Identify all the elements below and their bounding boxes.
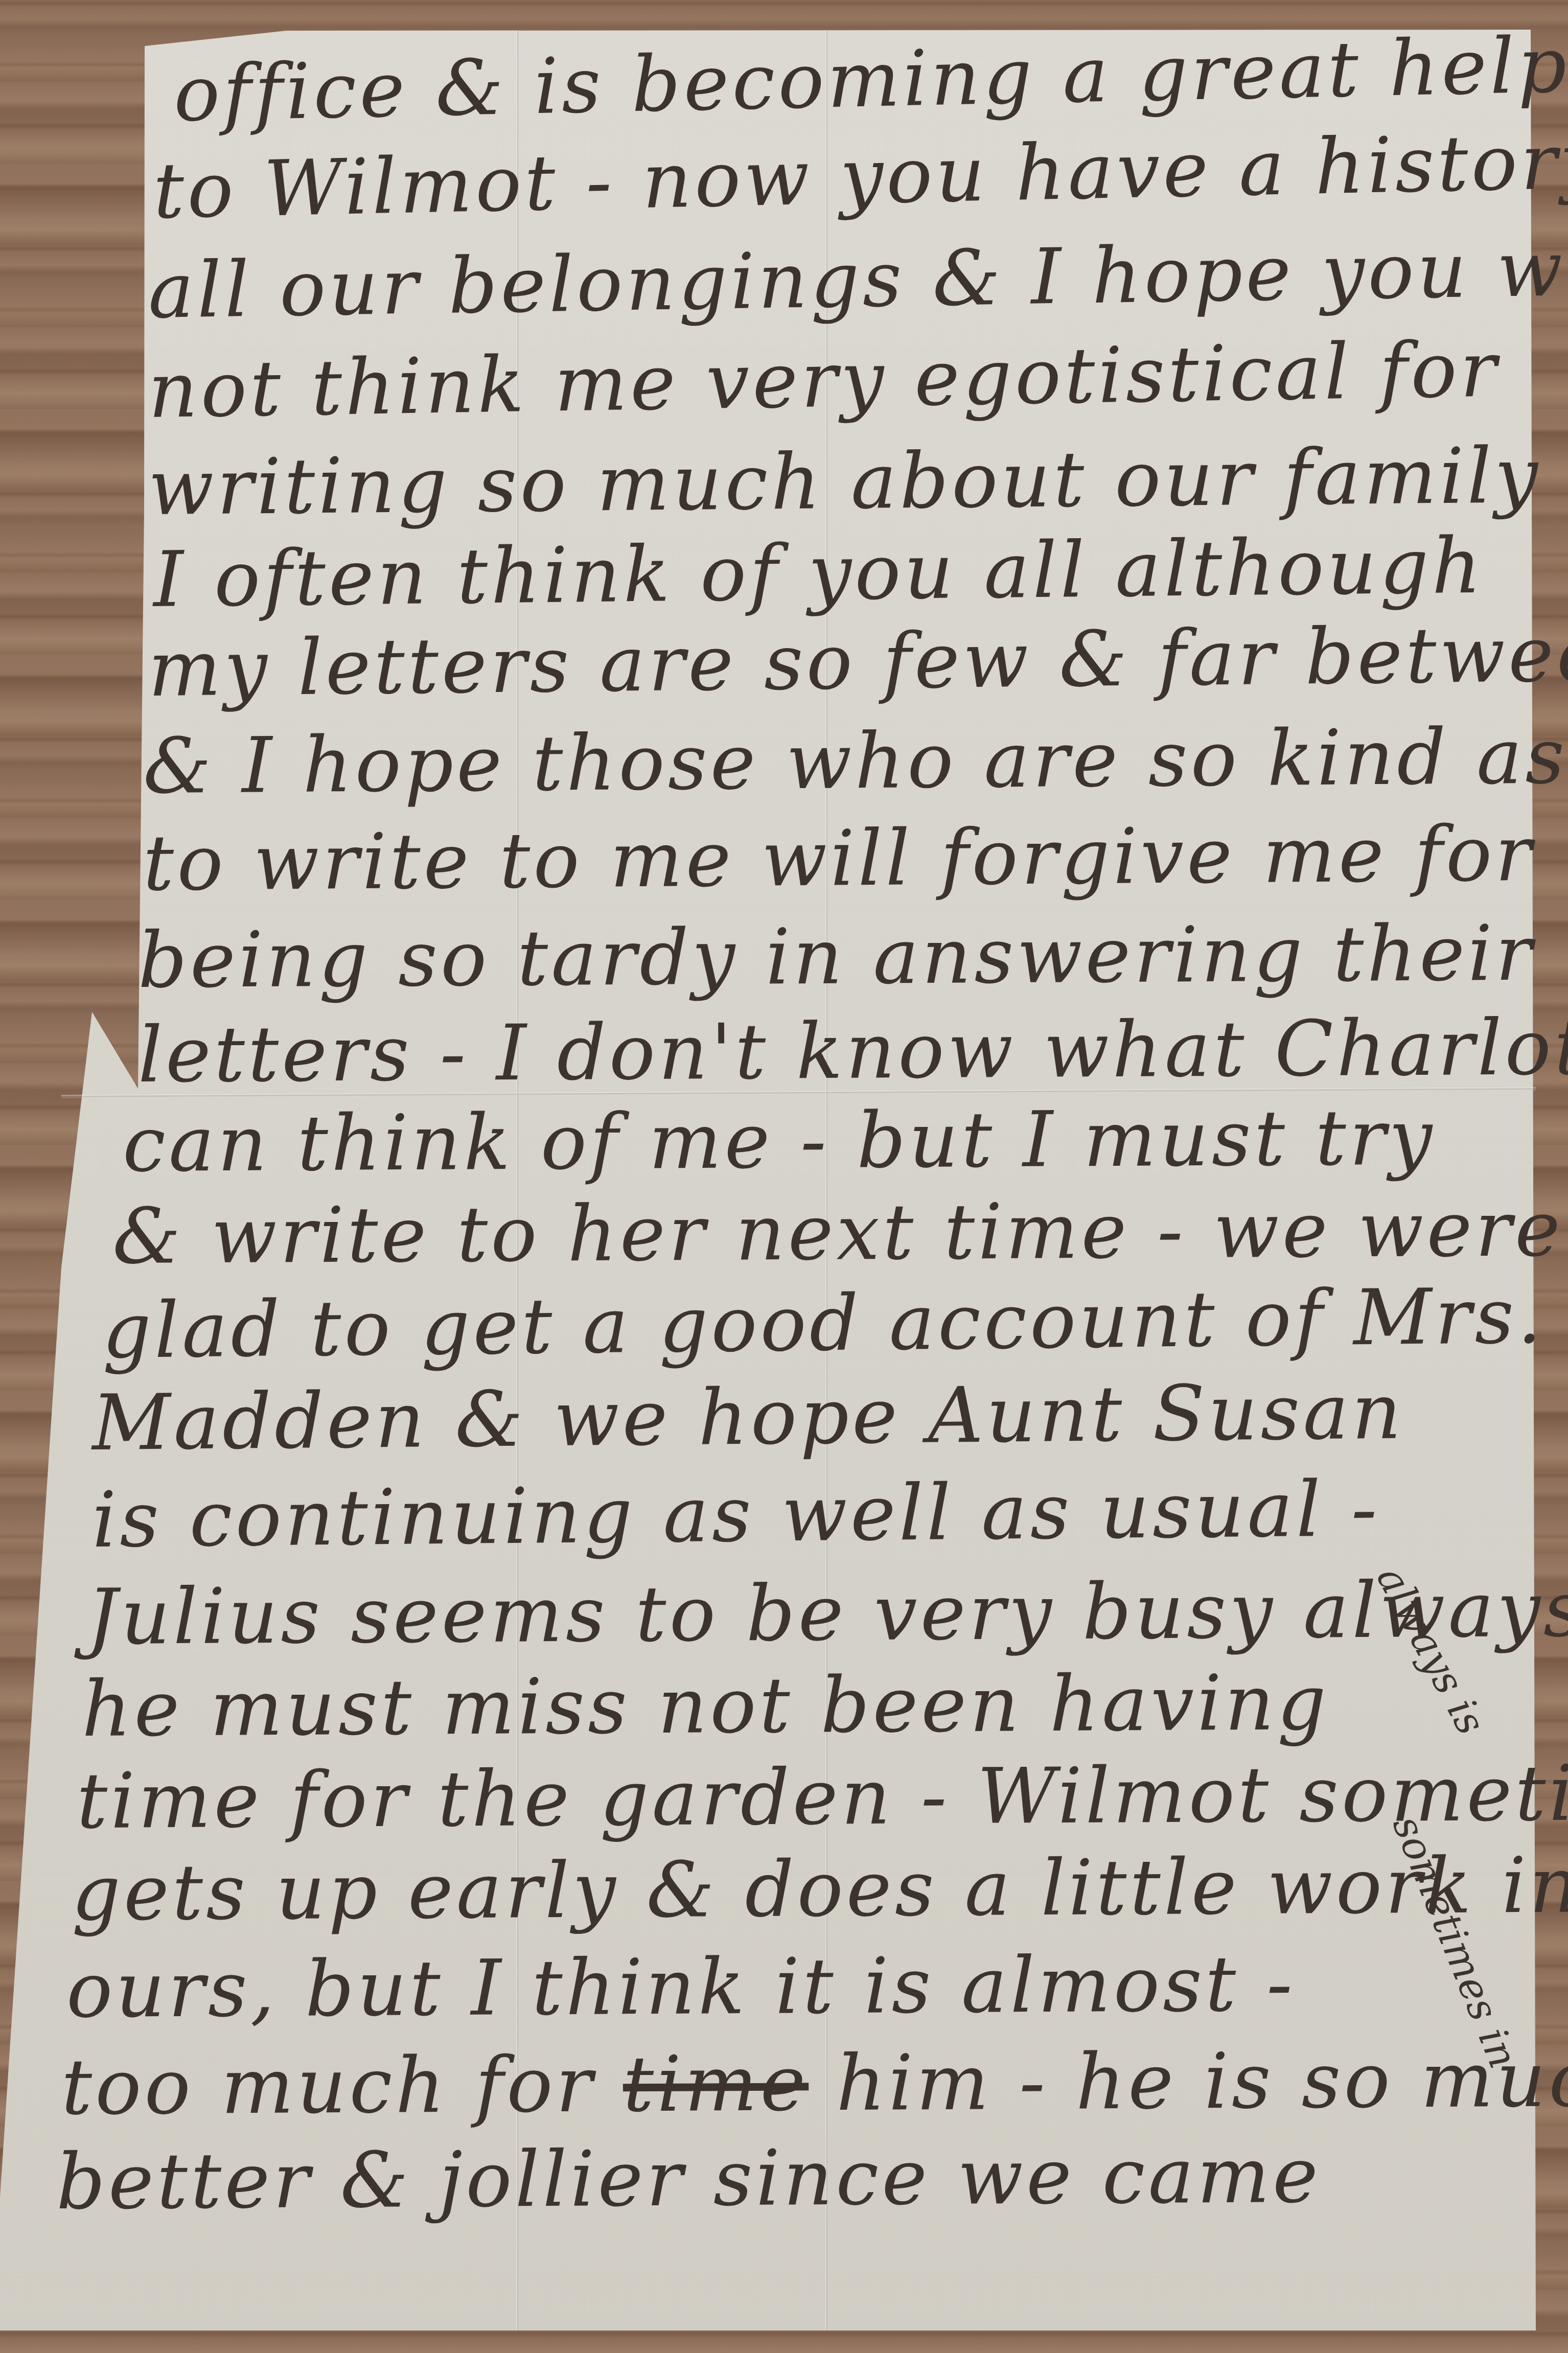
line-22-text-before: too much for (61, 2040, 624, 2132)
line-22-text-after: him - he is so much (809, 2035, 1568, 2129)
letter-line-16: is continuing as well as usual - (91, 1471, 1380, 1559)
letter-line-7: my letters are so few & far between - (148, 615, 1568, 708)
letter-line-2: to Wilmot - now you have a history of (152, 121, 1568, 230)
letter-line-6: I often think of you all although (153, 528, 1484, 618)
letter-line-17: Julius seems to be very busy always (87, 1572, 1568, 1656)
letter-line-9: to write to me will forgive me for (143, 816, 1535, 902)
letter-line-22: too much for time him - he is so much (61, 2041, 1568, 2126)
handwritten-letter-body: office & is becoming a great help to Wil… (0, 0, 1568, 2353)
letter-line-8: & I hope those who are so kind as (143, 719, 1567, 805)
letter-line-5: writing so much about our family - (148, 437, 1568, 526)
letter-line-15: Madden & we hope Aunt Susan (91, 1374, 1404, 1462)
letter-line-4: not think me very egotistical for (148, 331, 1500, 429)
letter-line-21: ours, but I think it is almost - (66, 1946, 1296, 2029)
struck-out-word: time (622, 2039, 809, 2129)
letter-line-1: office & is becoming a great help (173, 27, 1568, 133)
letter-line-10: being so tardy in answering their (138, 915, 1535, 999)
letter-line-23: better & jollier since we came (56, 2137, 1322, 2221)
letter-line-12: can think of me - but I must try (123, 1100, 1436, 1183)
letter-line-14: glad to get a good account of Mrs. (102, 1278, 1544, 1370)
letter-line-18: he must miss not been having (82, 1665, 1330, 1748)
letter-line-11: letters - I don't know what Charlotte (138, 1009, 1568, 1094)
letter-line-19: time for the garden - Wilmot sometimes (77, 1755, 1568, 1840)
letter-line-3: all our belongings & I hope you will (148, 229, 1568, 330)
letter-line-13: & write to her next time - we were very (112, 1190, 1568, 1275)
letter-line-20: gets up early & does a little work in (72, 1848, 1568, 1932)
